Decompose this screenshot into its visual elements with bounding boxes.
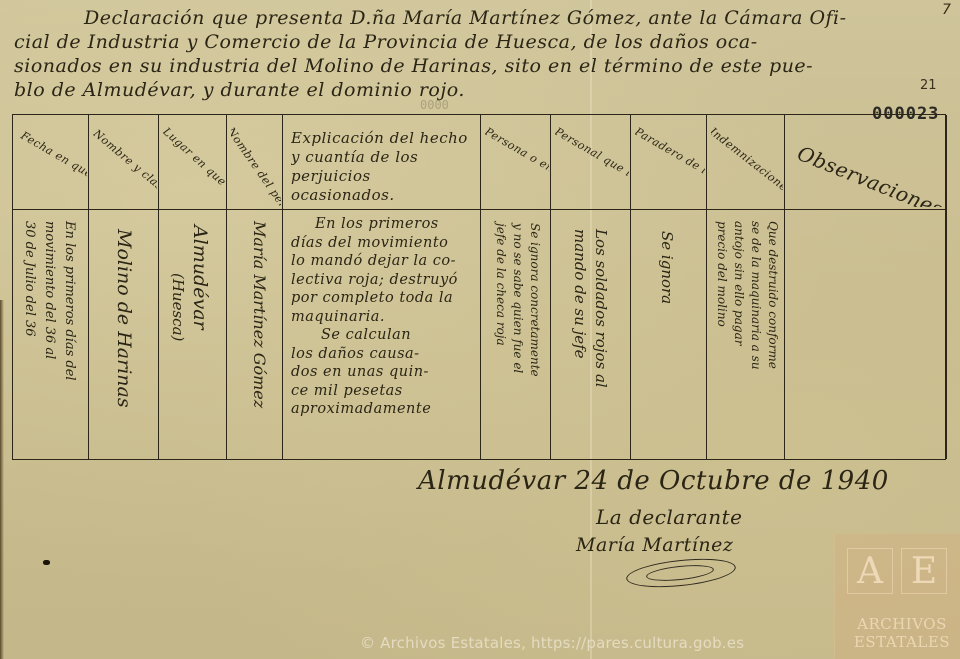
cell-line: por completo toda la — [291, 289, 479, 308]
cell-line: lo mandó dejar la co- — [291, 252, 479, 271]
faint-stamp: 0000 — [420, 98, 449, 112]
logo-text-archivos: ARCHIVOS — [843, 616, 960, 632]
damage-declaration-table: Fecha en que ocurrió el hecho Nombre y c… — [12, 114, 946, 460]
cell-line: Los soldados rojos al — [590, 229, 611, 388]
cell-ejecutaron: Los soldados rojos al mando de su jefe — [551, 211, 631, 459]
logo-letter-e: E — [901, 548, 947, 594]
cell-line: Que destruido conforme — [764, 221, 781, 370]
cell-line: mando de su jefe — [569, 229, 590, 388]
header-paradero: Paradero de los personal que ejecutaron … — [635, 119, 705, 207]
header-ejecutaron: Personal que lo ejecutaron y cargo que e… — [555, 119, 629, 207]
intro-line: cial de Industria y Comercio de la Provi… — [14, 30, 944, 54]
cell-line: movimiento del 36 al — [39, 221, 59, 381]
archivos-estatales-logo: A E ARCHIVOS ESTATALES — [834, 534, 960, 659]
cell-fecha: En los primeros días del movimiento del … — [13, 211, 89, 459]
cell-observaciones — [785, 211, 947, 459]
intro-line: Declaración que presenta D.ña María Mart… — [14, 6, 944, 30]
ink-spot — [43, 560, 50, 565]
header-fecha: Fecha en que ocurrió el hecho — [17, 119, 87, 207]
cell-paradero: Se ignora — [631, 211, 707, 459]
header-explicacion: Explicación del hecho y cuantía de los p… — [291, 129, 477, 205]
place-and-date: Almudévar 24 de Octubre de 1940 — [418, 466, 889, 496]
cell-line: los daños causa- — [291, 345, 479, 364]
cell-line: 30 de Julio del 36 — [19, 221, 39, 381]
header-indemnizaciones: Indemnizaciones, concesiones o beneficio… — [711, 119, 783, 207]
logo-text-estatales: ESTATALES — [843, 634, 960, 650]
cell-line: jefe de la checa roja — [492, 223, 509, 377]
cell-line: En los primeros días del — [59, 221, 79, 381]
declaration-intro: Declaración que presenta D.ña María Mart… — [14, 6, 944, 102]
paper-edge-shadow — [0, 300, 4, 659]
cell-line: aproximadamente — [291, 400, 479, 419]
cell-line: Se ignora — [657, 231, 677, 304]
cell-perjudicado: María Martínez Gómez — [227, 211, 283, 459]
cell-negocio: Molino de Harinas — [89, 211, 159, 459]
cell-line: antojo sin ello pagar — [730, 221, 747, 370]
intro-line: sionados en su industria del Molino de H… — [14, 54, 944, 78]
cell-indemnizaciones: Que destruido conforme se de la maquinar… — [707, 211, 785, 459]
logo-letter-a: A — [847, 548, 893, 594]
intro-line: blo de Almudévar, y durante el dominio r… — [14, 78, 944, 102]
cell-line: precio del molino — [713, 221, 730, 370]
cell-explicacion: En los primeros días del movimiento lo m… — [291, 215, 479, 459]
header-observaciones: Observaciones — [789, 119, 945, 207]
cell-line: y no se sabe quien fue el — [509, 223, 526, 377]
header-lugar: Lugar en que ocurrió con expresión — [163, 119, 225, 207]
signature: María Martínez — [576, 534, 733, 556]
header-perjudicado: Nombre del perjudicado — [231, 119, 281, 207]
cell-line: Almudévar — [189, 225, 211, 341]
page-number: 21 — [920, 78, 937, 93]
cell-line: lectiva roja; destruyó — [291, 271, 479, 290]
cell-line: días del movimiento — [291, 234, 479, 253]
cell-ordeno: Se ignora concretamente y no se sabe qui… — [481, 211, 551, 459]
cell-line: maquinaria. — [291, 308, 479, 327]
header-ordeno: Persona o entidad que ordenó el hecho — [485, 119, 549, 207]
cell-line: dos en unas quin- — [291, 363, 479, 382]
declarant-label: La declarante — [596, 505, 742, 529]
cell-lugar: Almudévar (Huesca) — [159, 211, 227, 459]
cell-line: María Martínez Gómez — [249, 221, 269, 408]
cell-line: Molino de Harinas — [113, 229, 135, 408]
cell-line: (Huesca) — [167, 225, 189, 341]
cell-line: Se ignora concretamente — [526, 223, 543, 377]
header-negocio: Nombre y clase del negocio — [93, 119, 157, 207]
cell-line: ce mil pesetas — [291, 382, 479, 401]
copyright-watermark: © Archivos Estatales, https://pares.cult… — [360, 634, 744, 652]
cell-line: Se calculan — [291, 326, 479, 345]
cell-line: se de la maquinaria a su — [747, 221, 764, 370]
cell-line: En los primeros — [291, 215, 479, 234]
